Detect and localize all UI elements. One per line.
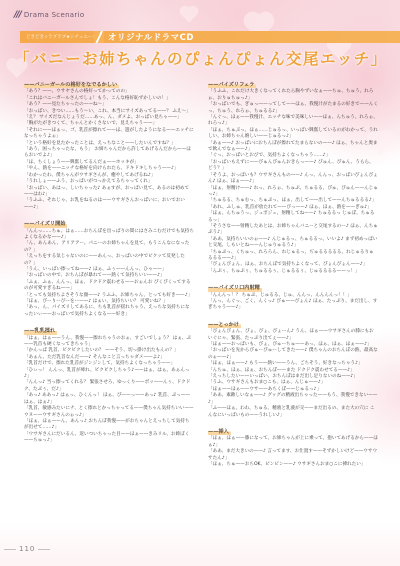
script-line: 「そうよ、おっぱいも？ウサギさんもの——♪ んっ、んんっ、おっぱいぴょんぴょん♪…	[208, 173, 378, 186]
banner-title: オリジナルドラマCD	[104, 31, 194, 43]
page-number: 110	[4, 545, 50, 553]
section-heading: ——乳乳揉れ	[24, 328, 57, 334]
script-line: 「んんっ♪ 当っ擦ってくれる？ 緊張させろ、ゆっくり——ボッ——んぅ、ドクドク、…	[24, 380, 194, 393]
series-label: /// Drama Scenario	[14, 9, 84, 21]
slashes-icon: ///	[14, 10, 21, 20]
script-columns: ——バニーガールの格好をなでるかしい 「あう？——、ウサヤさんの格好ってかっての…	[24, 82, 378, 512]
page-title: 「バニーお姉ちゃんのぴょんぴょん交尾エッチ」	[14, 47, 394, 69]
script-line: 「やん、熱を——ニッチな格好を向けられたら、ドキドキしちゃう——♪」	[24, 166, 194, 172]
banner-divider	[94, 31, 104, 43]
script-line: 「ほぁ、ほぁ——ん、あんっ♪ おちんぽ我慢——がおちゃんとえっちして気持ちが出せ…	[24, 419, 194, 432]
script-line: 「おっぱい、あはっ、しいちゃった♪ あぁすが、おっぱい見て、あるのは初めて——は…	[24, 186, 194, 199]
script-line: 「ああ、気持ちいいのぉ——♪ んじゅるっ、ちゅるるっ、いいよ♪ まず初めっぱいと…	[208, 237, 378, 250]
script-line: 「ふぁ、ふぁ、んんっ、ほぁ、ドクドク震わせる——おぉんお ぴくぴくってするのが可…	[24, 280, 194, 293]
script-line: 「えっちをする気じゃないのに——あんっ、おっぱいの中でピクッて反発したの？」	[24, 254, 194, 267]
script-line: 「ほぁ、んちゅうっ、ジュポジュ、射精してね——♪ ちゅるるっ じゅぽ、ちゅるるっ…	[208, 211, 378, 224]
section-heading: ——パイズリ口内射精	[208, 285, 262, 291]
script-line: 「ぴょんぴょん、ほぁ、おちんぽで気持ちよくなって、ぴょんぴょん——♪」	[208, 262, 378, 268]
section-heading: ——パイズリフェラ	[208, 82, 256, 88]
script-line: 「ああ、素敵しいなぁ——♪ グッグの精液出ちゃった——もう、我慢できない——♪」	[208, 393, 378, 406]
script-line: 「あう、困っちゃったな、もう」 お姉ちゃんだから許してあげるんだから——ほらおい…	[24, 147, 194, 160]
script-line: 「ああ、まだ大きいの——♪ 言ってます、お仕置す——そずかしいけど——ウサウサた…	[208, 449, 378, 462]
script-line: 「んぐっ、ほぁ——我慢汁、エッチな味で美味しい——ほぁ、んちゅう、れろぉ、れろっ…	[208, 115, 378, 128]
script-line: 「乳首だけで、擦れた乳首がジンジンして、気持ちよくなっちゃう——」	[24, 361, 194, 367]
script-line: 「ウサギさんにだいるん、返いついちゃった目——ほぁ——きみリル、お姉ぼく——ちゅ…	[24, 432, 194, 445]
script-line: 「んぷぅ、ちゅぷぅ、ちゅるるぅ、じゅるるぅ、じゅるるるる——っ！」	[208, 269, 378, 275]
section-heading: ——とっかけ	[208, 322, 241, 328]
script-line: 「ちゅぷっ、くちゅっ、れろろん、れじゅるっ、ぢゅるるるるる、れじゅるりゅるるる—…	[208, 250, 378, 263]
script-line: 「ちゅるる、ちゅむっ、ちゅぷっ、ほぁ、出して——出して——んちゅるるる♪」	[208, 198, 378, 204]
title-banner: どきどき☆ラブラブ★シチュエーション オリジナルドラマCD	[20, 31, 400, 43]
script-line: 「乳首、敏感みたいにナ、とく擦れとかっちゃってる——僕ちゃん気持ちいい——ウヌ—…	[24, 406, 194, 419]
script-line: 「ふ——ほぁ、わわ、ちゅる、精液と乳液が交——まだ出るの、また大の穴に こんなに…	[208, 406, 378, 419]
script-line: 「うふふ、これだけ大きくなってくれたら胸やずいなぁ——ちゅ、ちゅう、れろぉ、おり…	[208, 89, 378, 102]
right-column: ——パイズリフェラ 「うふふ、これだけ大きくなってくれたら胸やずいなぁ——ちゅ、…	[208, 82, 378, 512]
script-line: 「ほぁ、ほぁ——膝になって、お姉ちゃんが上に乗って、抱いてあげるから——ほぁ♪」	[208, 436, 378, 449]
section-heading: ——バニーガールの格好をなでるかしい	[24, 82, 119, 88]
page-number-text: 110	[19, 545, 35, 553]
script-line: 「あっ♪ ああっ♪ はぁっ、ひくんっ！ ほぁ、ぴ——っ——あっ♪ 乳首、ぷっ——…	[24, 393, 194, 406]
script-line: 「ほぁ、射精け——♪ れっ、れろぉ、ちゅぷ、ちゅるる、ぴゅ、ぴゅん——んじゅっ♪…	[208, 186, 378, 199]
script-line: 「ほぁ、ほぁ——♪ もう——熱い——うん、ごちそう、好きなっちゃう♪」	[208, 361, 378, 367]
script-line: 「はぁ、はぁ——うん、我慢——擦れちゃうのおぉ、すごいでしょう？ はぁ、ぷ——乳…	[24, 336, 194, 349]
script-line: 「ほぁ、ちゅ——おちOK、ピンピン——♪ ウサギさんおま○こに挿れたい」	[208, 462, 378, 468]
script-line: 「おっぱいもえずに——ぴゅんぴゅんおきらっ——♪ ぴゅん、ぴゅん、うらら、どう？…	[208, 160, 378, 173]
script-line: 「おっぱいを先からぴゅーぴゅーしてきた——♪ 僕ちゃんのおちんぽの熱、最高なのぉ…	[208, 348, 378, 361]
series-label-text: Drama Scenario	[24, 11, 85, 19]
script-line: 「んっ、んぐっ、ごく、んくっ♪ ぴゅ——ぴょん♪ ほぁ、たっぷり、まだ出し、すぎ…	[208, 299, 378, 312]
script-line: 「あぁ——♪ おっぱいにおちんぽが擦れてたまらないの——♪ ほぁ、ちゃんと奥まで…	[208, 141, 378, 154]
section-heading: ——パイズリ開始	[24, 221, 67, 227]
script-line: 「ん、あんあん、アリアアー。パニーのお姉ちゃんを見て、もうこんなになったの？」	[24, 241, 194, 254]
page-number-rule	[4, 549, 16, 550]
script-line: 「ひぃっ！ んんっ、乳首が痺れ、ビクビクしちゃう♪——はぁ、はぁ、あぁんっ♪」	[24, 368, 194, 381]
section-heading: ——挿入	[208, 429, 231, 435]
script-line: 「それに——ほぁっ、ゴ、乳首が擦れて——ほ、遊がしたようになる——エッチになっち…	[24, 128, 194, 141]
script-line: 「ぴょんぴょん、ぴょ、ぴょ、ぴょーん♪ うん、ほぁ——ウサギさんの膝にもおいぐに…	[208, 329, 378, 342]
script-line: 「おっぱいでも、ぎゅっ——ってして——ほぁ、我慢汁がたまるの好きで——んくっ、ち…	[208, 102, 378, 115]
script-line: 「ほぁ、ちゅぶっ、ほぁ……じゅるっ、いっぱい興奮しているのがわかって、うれしい、…	[208, 128, 378, 141]
script-line: 「んんっ……ちゅ、はぁ……おちんぽを出っぱりの間にはさみこむだけでも気持ちよくな…	[24, 229, 194, 242]
left-column: ——バニーガールの格好をなでるかしい 「あう？——、ウサヤさんの格好ってかっての…	[24, 82, 194, 512]
banner-subtitle: どきどき☆ラブラブ★シチュエーション	[20, 34, 94, 40]
script-line: 「うふふ、それじゃ、お乳をねるのは——ウサギさんおっぱいに、おいでおい——♪」	[24, 198, 194, 211]
script-line: 「かんっぱ 乳首、ビクビクしたいの？ ——そう、切っ掛け出たもんの？」	[24, 348, 194, 354]
script-line: 「そうさな——射精したあとは、お姉ちゃんバニーと交尾するのー♪ ほぁ、んちゅぷう…	[208, 224, 378, 237]
script-line: 「あっ、ん、パイズリしてあるに、ちも乳首が揺れちゃう、えっちな気持ちになったいぃ…	[24, 305, 194, 318]
page-number-rule	[38, 549, 50, 550]
